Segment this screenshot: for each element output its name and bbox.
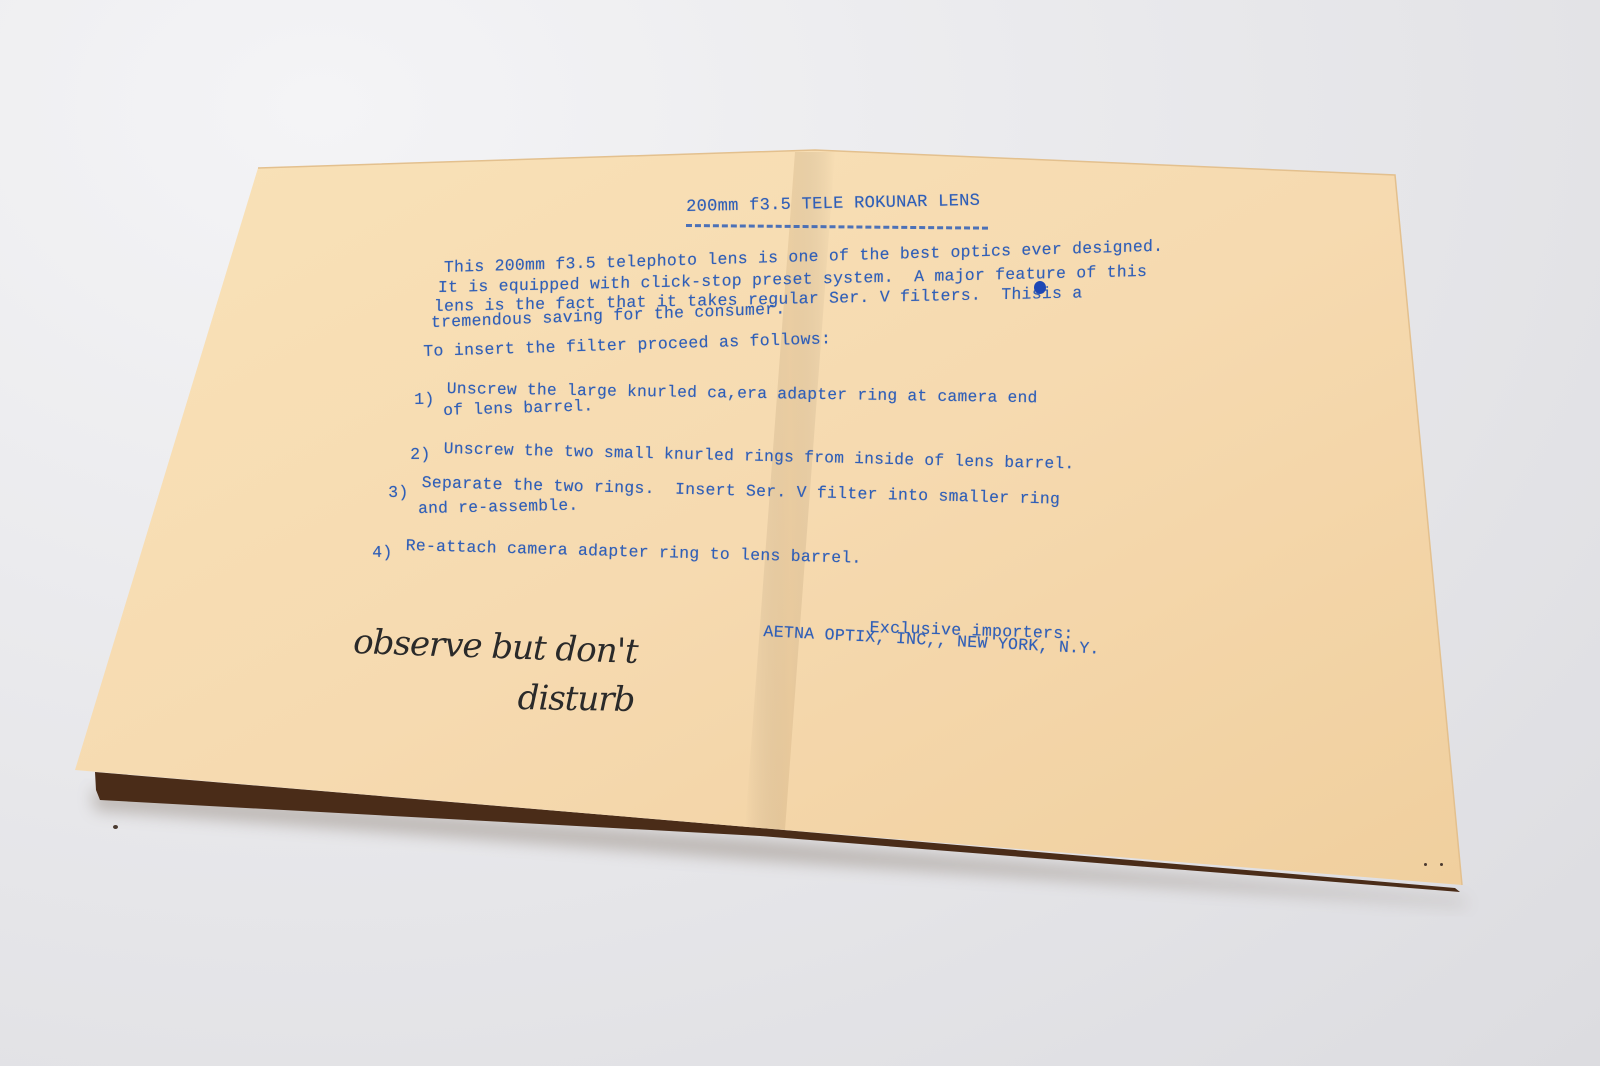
photo-scene: 200mm f3.5 TELE ROKUNAR LENS This 200mm … bbox=[0, 0, 1600, 1066]
paper-speck bbox=[1440, 863, 1443, 866]
table-speck bbox=[113, 825, 118, 829]
step-number: 4) bbox=[372, 543, 393, 562]
step-number: 3) bbox=[388, 483, 409, 502]
handwritten-line: disturb bbox=[517, 678, 634, 720]
step-number: 2) bbox=[410, 445, 431, 464]
step-text: and re-assemble. bbox=[418, 497, 579, 519]
ink-blot bbox=[1034, 281, 1046, 294]
paper-sheet bbox=[0, 0, 1600, 1066]
step-number: 1) bbox=[414, 390, 435, 409]
paper-speck bbox=[1424, 863, 1427, 866]
